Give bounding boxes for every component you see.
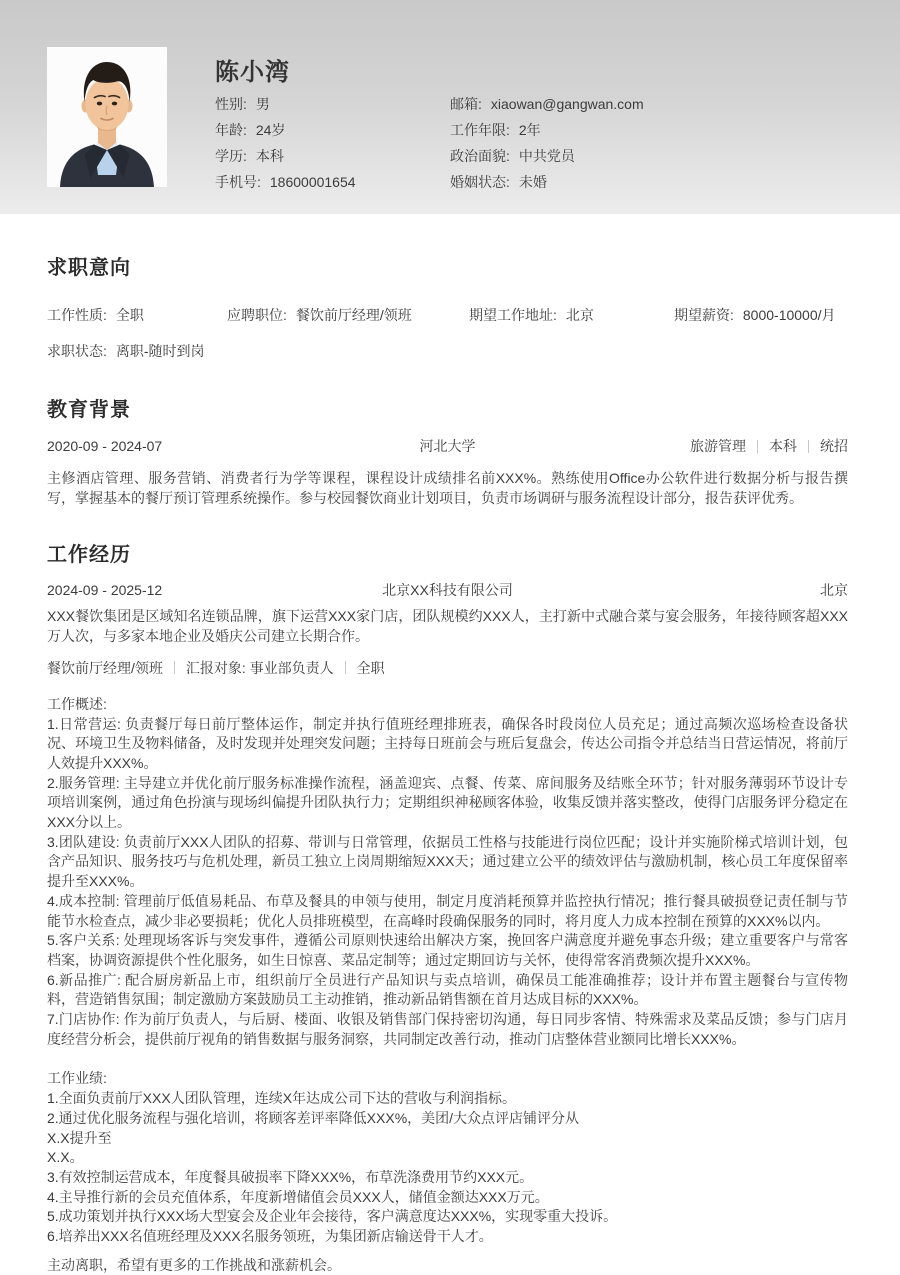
field-job-status-label: 求职状态: [47, 343, 107, 359]
detail-age: 年龄:24岁 [215, 117, 356, 143]
field-expected-salary-value: 8000-10000/月 [743, 307, 836, 323]
education-degree: 本科 [769, 436, 797, 456]
section-education: 教育背景 2020-09 - 2024-07 河北大学 旅游管理 本科 统招 主… [47, 396, 848, 508]
duty-item: 2.服务管理: 主导建立并优化前厅服务标准操作流程，涵盖迎宾、点餐、传菜、席间服… [47, 774, 848, 833]
education-description: 主修酒店管理、服务营销、消费者行为学等课程，课程设计成绩排名前XXX%。熟练使用… [47, 469, 848, 508]
duty-item: 3.团队建设: 负责前厅XXX人团队的招募、带训与日常管理，依据员工性格与技能进… [47, 833, 848, 892]
detail-degree-label: 学历: [215, 148, 247, 164]
work-achievements-label: 工作业绩: [47, 1069, 848, 1089]
field-target-location-value: 北京 [566, 307, 594, 323]
detail-political-status: 政治面貌:中共党员 [450, 143, 644, 169]
field-job-status: 求职状态:离职-随时到岗 [47, 341, 848, 361]
leave-reason: 主动离职，希望有更多的工作挑战和涨薪机会。 [47, 1256, 848, 1275]
candidate-name: 陈小湾 [215, 52, 290, 87]
achievement-item: 2.通过优化服务流程与强化培训，将顾客差评率降低XXX%，美团/大众点评店铺评分… [47, 1109, 848, 1168]
achievement-item: 4.主导推行新的会员充值体系，年度新增储值会员XXX人，储值金额达XXX万元。 [47, 1188, 848, 1208]
detail-email: 邮箱:xiaowan@gangwan.com [450, 91, 644, 117]
job-intention-title: 求职意向 [47, 254, 848, 282]
company-intro: XXX餐饮集团是区域知名连锁品牌，旗下运营XXX家门店，团队规模约XXX人，主打… [47, 607, 848, 646]
field-target-position-label: 应聘职位: [227, 307, 287, 323]
position-title: 餐饮前厅经理/领班 [47, 658, 163, 678]
separator-line [757, 440, 758, 453]
profile-photo [47, 47, 167, 187]
resume-body: 求职意向 工作性质:全职 应聘职位:餐饮前厅经理/领班 期望工作地址:北京 期望… [0, 254, 900, 1275]
duty-item: 5.客户关系: 处理现场客诉与突发事件，遵循公司原则快速给出解决方案，挽回客户满… [47, 931, 848, 970]
person-portrait-image [47, 47, 167, 187]
detail-marital-status: 婚姻状态:未婚 [450, 169, 644, 195]
achievement-item: 3.有效控制运营成本，年度餐具破损率下降XXX%，布草洗涤费用节约XXX元。 [47, 1168, 848, 1188]
field-target-location-label: 期望工作地址: [469, 307, 557, 323]
position-row: 餐饮前厅经理/领班 汇报对象: 事业部负责人 全职 [47, 658, 848, 678]
field-expected-salary: 期望薪资:8000-10000/月 [674, 305, 836, 325]
achievement-item: 1.全面负责前厅XXX人团队管理，连续X年达成公司下达的营收与利润指标。 [47, 1089, 848, 1109]
resume-page: 陈小湾 性别:男 年龄:24岁 学历:本科 手机号:18600001654 邮箱… [0, 0, 900, 1275]
work-company: 北京XX科技有限公司 [283, 580, 613, 600]
detail-age-label: 年龄: [215, 122, 247, 138]
field-target-position-value: 餐饮前厅经理/领班 [296, 307, 412, 323]
field-job-status-value: 离职-随时到岗 [116, 343, 205, 359]
header-details-right: 邮箱:xiaowan@gangwan.com 工作年限:2年 政治面貌:中共党员… [450, 91, 644, 195]
detail-gender: 性别:男 [215, 91, 356, 117]
field-target-location: 期望工作地址:北京 [469, 305, 674, 325]
detail-email-label: 邮箱: [450, 96, 482, 112]
detail-gender-label: 性别: [215, 96, 247, 112]
header-details-left: 性别:男 年龄:24岁 学历:本科 手机号:18600001654 [215, 91, 356, 195]
detail-email-value: xiaowan@gangwan.com [491, 96, 644, 112]
field-target-position: 应聘职位:餐饮前厅经理/领班 [227, 305, 469, 325]
education-school: 河北大学 [283, 436, 613, 456]
education-title: 教育背景 [47, 396, 848, 424]
work-overview-label: 工作概述: [47, 695, 848, 715]
detail-phone-label: 手机号: [215, 174, 261, 190]
duty-item: 7.门店协作: 作为前厅负责人，与后厨、楼面、收银及销售部门保持密切沟通，每日同… [47, 1010, 848, 1049]
education-period: 2020-09 - 2024-07 [47, 436, 283, 456]
detail-experience-years: 工作年限:2年 [450, 117, 644, 143]
education-row: 2020-09 - 2024-07 河北大学 旅游管理 本科 统招 [47, 436, 848, 456]
detail-age-value: 24岁 [256, 122, 286, 138]
job-type: 全职 [357, 658, 385, 678]
work-experience-row: 2024-09 - 2025-12 北京XX科技有限公司 北京 [47, 580, 848, 600]
work-experience-title: 工作经历 [47, 541, 848, 569]
job-intention-row-2: 求职状态:离职-随时到岗 [47, 341, 848, 361]
field-work-type: 工作性质:全职 [47, 305, 227, 325]
education-major: 旅游管理 [690, 436, 746, 456]
duty-item: 6.新品推广: 配合厨房新品上市，组织前厅全员进行产品知识与卖点培训，确保员工能… [47, 971, 848, 1010]
education-meta: 旅游管理 本科 统招 [612, 436, 848, 456]
detail-degree: 学历:本科 [215, 143, 356, 169]
field-work-type-value: 全职 [116, 307, 144, 323]
field-work-type-label: 工作性质: [47, 307, 107, 323]
detail-gender-value: 男 [256, 96, 270, 112]
achievement-item: 6.培养出XXX名值班经理及XXX名服务领班，为集团新店输送骨干人才。 [47, 1227, 848, 1247]
education-admission: 统招 [820, 436, 848, 456]
detail-political-status-value: 中共党员 [519, 148, 575, 164]
duty-item: 1.日常营运: 负责餐厅每日前厅整体运作，制定并执行值班经理排班表，确保各时段岗… [47, 715, 848, 774]
separator-line [345, 661, 346, 674]
field-expected-salary-label: 期望薪资: [674, 307, 734, 323]
detail-marital-status-label: 婚姻状态: [450, 174, 510, 190]
work-city: 北京 [612, 580, 848, 600]
duty-item: 4.成本控制: 管理前厅低值易耗品、布草及餐具的申领与使用，制定月度消耗预算并监… [47, 892, 848, 931]
detail-experience-years-value: 2年 [519, 122, 541, 138]
separator-line [808, 440, 809, 453]
achievement-item: 5.成功策划并执行XXX场大型宴会及企业年会接待，客户满意度达XXX%，实现零重… [47, 1207, 848, 1227]
detail-degree-value: 本科 [256, 148, 284, 164]
detail-marital-status-value: 未婚 [519, 174, 547, 190]
report-to: 汇报对象: 事业部负责人 [186, 658, 334, 678]
section-job-intention: 求职意向 工作性质:全职 应聘职位:餐饮前厅经理/领班 期望工作地址:北京 期望… [47, 254, 848, 361]
work-period: 2024-09 - 2025-12 [47, 580, 283, 600]
detail-phone-value: 18600001654 [270, 174, 356, 190]
separator-line [174, 661, 175, 674]
resume-header: 陈小湾 性别:男 年龄:24岁 学历:本科 手机号:18600001654 邮箱… [0, 0, 900, 214]
section-work-experience: 工作经历 2024-09 - 2025-12 北京XX科技有限公司 北京 XXX… [47, 541, 848, 1275]
detail-political-status-label: 政治面貌: [450, 148, 510, 164]
detail-phone: 手机号:18600001654 [215, 169, 356, 195]
detail-experience-years-label: 工作年限: [450, 122, 510, 138]
job-intention-row-1: 工作性质:全职 应聘职位:餐饮前厅经理/领班 期望工作地址:北京 期望薪资:80… [47, 305, 848, 325]
